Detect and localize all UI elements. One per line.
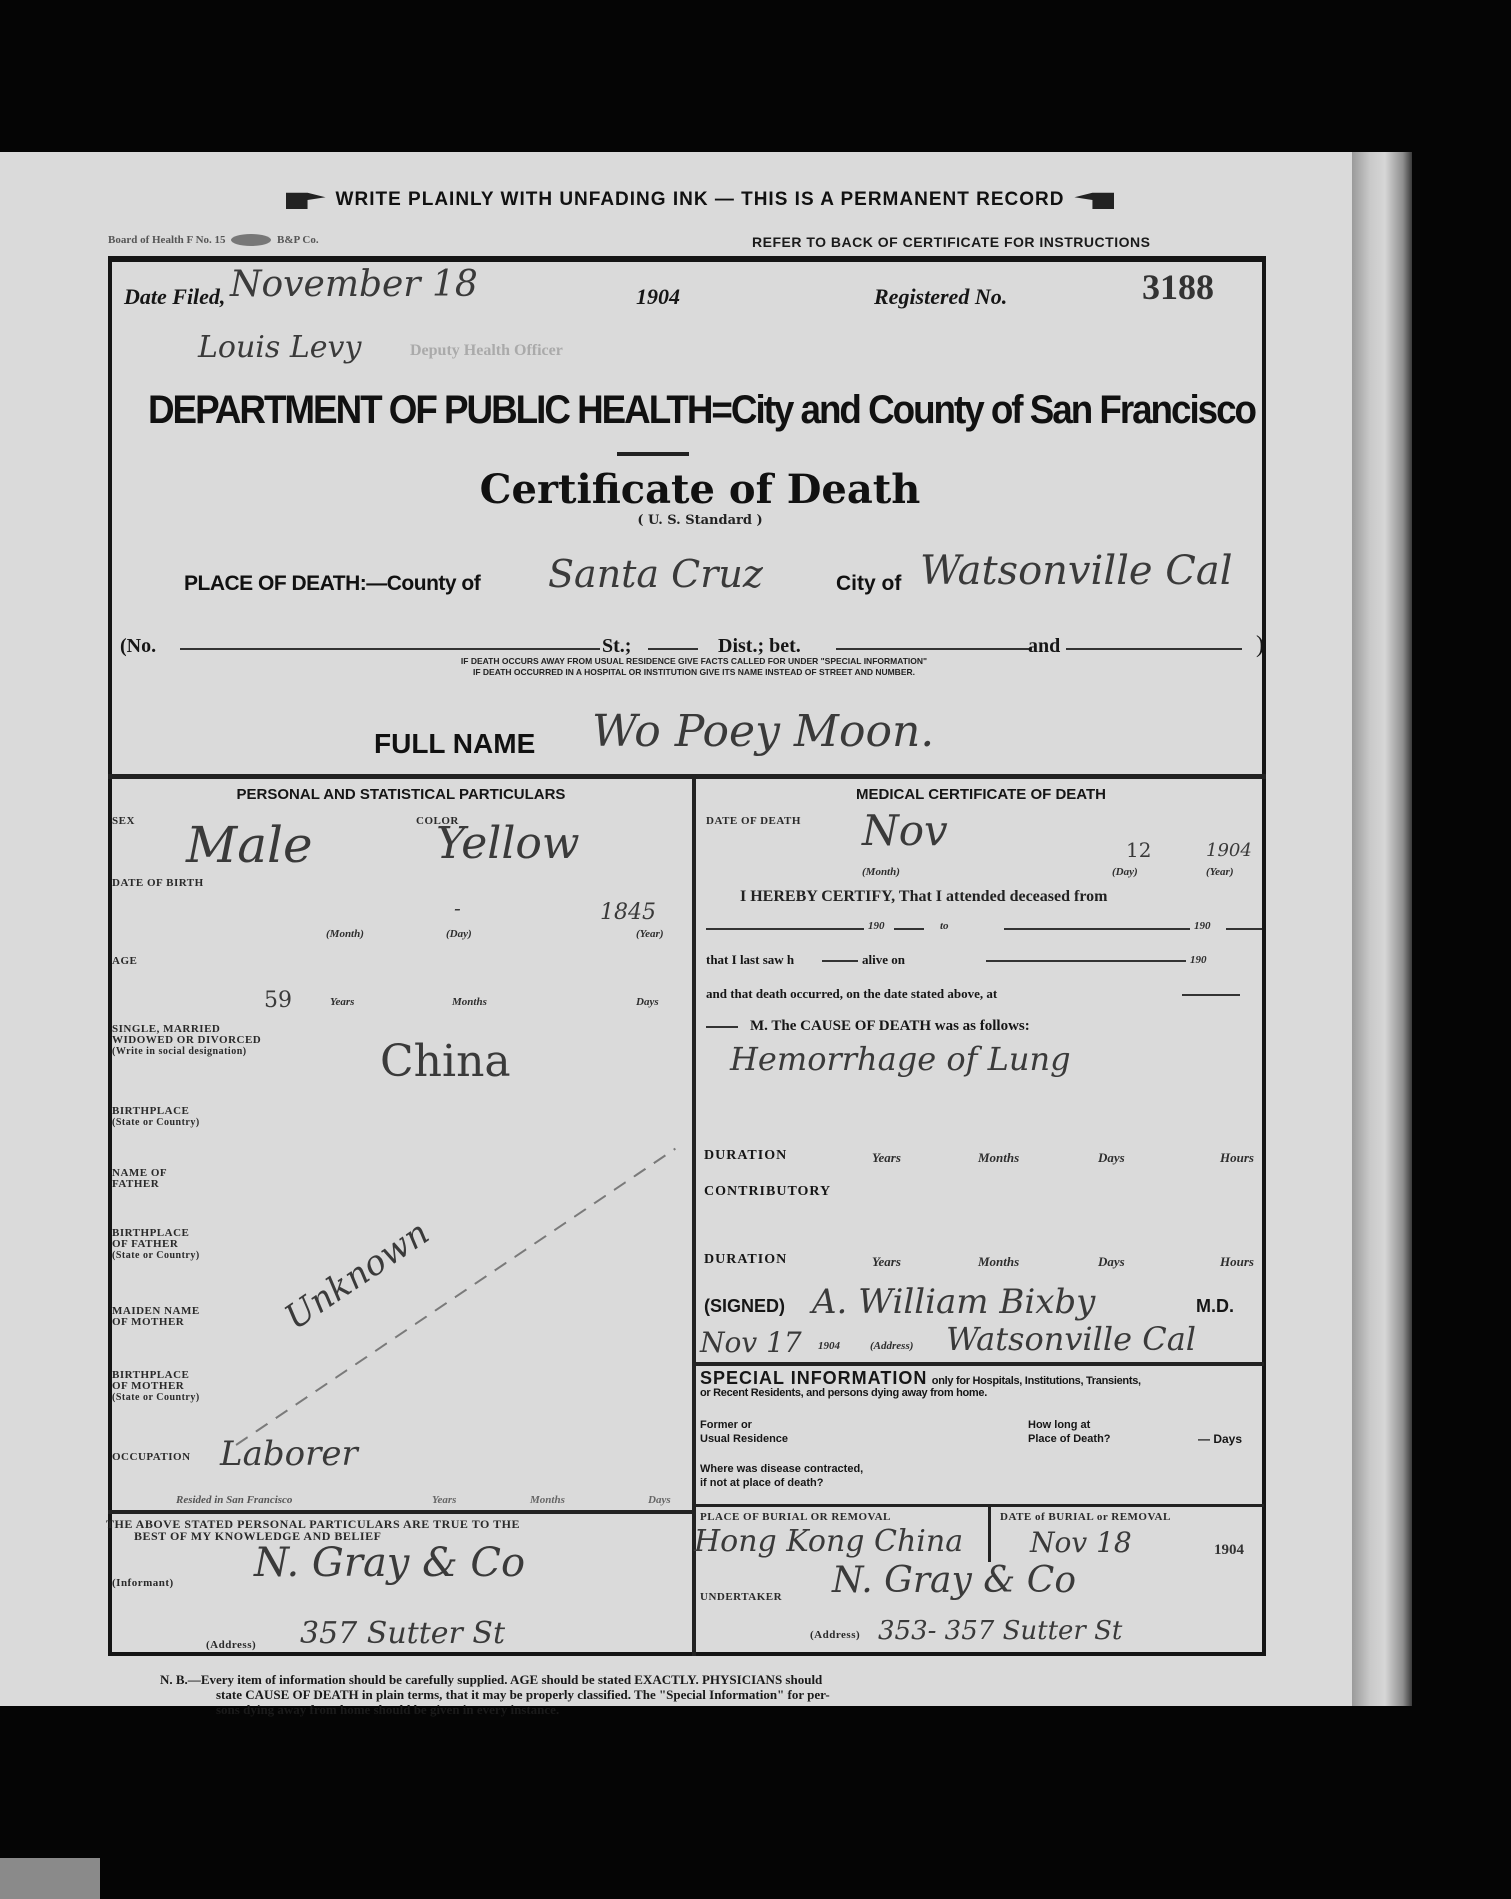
informant-address-label: (Address) <box>206 1640 256 1651</box>
signed-label: (SIGNED) <box>704 1296 785 1317</box>
attended-from-line <box>706 928 864 930</box>
disease-contracted-label: Where was disease contracted, if not at … <box>700 1462 863 1490</box>
contracted-line-2: if not at place of death? <box>700 1476 863 1490</box>
registered-no-value: 3188 <box>1142 266 1214 308</box>
death-day-label: (Day) <box>1112 866 1138 878</box>
father-birthplace-label: BIRTHPLACE OF FATHER (State or Country) <box>112 1228 200 1261</box>
duration-years-1: Years <box>872 1150 901 1166</box>
banner: WRITE PLAINLY WITH UNFADING INK — THIS I… <box>160 186 1240 214</box>
physician-address-label: (Address) <box>870 1340 913 1352</box>
color-value: Yellow <box>436 818 580 869</box>
physician-signature: A. William Bixby <box>812 1282 1095 1322</box>
resided-days-label: Days <box>648 1494 671 1506</box>
birth-day-label: (Day) <box>446 928 472 940</box>
residence-note-line-2: IF DEATH OCCURRED IN A HOSPITAL OR INSTI… <box>254 667 1134 678</box>
residence-note-line-1: IF DEATH OCCURS AWAY FROM USUAL RESIDENC… <box>254 656 1134 667</box>
medical-heading: MEDICAL CERTIFICATE OF DEATH <box>696 786 1266 803</box>
occupation-label: OCCUPATION <box>112 1452 191 1463</box>
burial-column-divider <box>988 1506 991 1562</box>
age-months-label: Months <box>452 996 487 1008</box>
date-of-death-label: DATE OF DEATH <box>706 816 801 827</box>
duration-label-1: DURATION <box>704 1148 787 1164</box>
sex-value: Male <box>186 816 313 874</box>
how-long-line-2: Place of Death? <box>1028 1432 1111 1446</box>
father-name-label-line-2: FATHER <box>112 1179 167 1190</box>
board-of-health-form-number: Board of Health F No. 15 B&P Co. <box>108 234 319 246</box>
full-name-label: FULL NAME <box>374 728 535 760</box>
officer-title: Deputy Health Officer <box>410 342 563 360</box>
age-label: AGE <box>112 956 137 967</box>
attended-to-line <box>1004 928 1190 930</box>
date-of-birth-label: DATE OF BIRTH <box>112 878 204 889</box>
cause-of-death-label: M. The CAUSE OF DEATH was as follows: <box>750 1018 1030 1035</box>
form-number-text: Board of Health F No. 15 <box>108 234 226 246</box>
certificate-subtitle: ( U. S. Standard ) <box>520 513 880 528</box>
date-of-death-year: 1904 <box>1206 840 1252 861</box>
signed-year: 1904 <box>818 1340 840 1352</box>
undertaker-address-label: (Address) <box>810 1630 860 1641</box>
footnote-prefix: N. B.— <box>160 1672 201 1687</box>
cause-hour-line <box>706 1026 738 1028</box>
burial-date-year: 1904 <box>1214 1542 1244 1559</box>
mother-birthplace-line-2: OF MOTHER <box>112 1381 200 1392</box>
md-label: M.D. <box>1196 1296 1234 1317</box>
date-filed-year: 1904 <box>636 284 680 310</box>
mother-name-line-2: OF MOTHER <box>112 1317 200 1328</box>
special-divider <box>694 1362 1264 1366</box>
father-birthplace-line-2: OF FATHER <box>112 1239 200 1250</box>
footnote-line-1: Every item of information should be care… <box>201 1672 822 1687</box>
street-number-line <box>180 648 600 650</box>
resided-years-label: Years <box>432 1494 456 1506</box>
marital-status-label: SINGLE, MARRIED WIDOWED OR DIVORCED (Wri… <box>112 1024 261 1057</box>
birthplace-label-line-1: BIRTHPLACE <box>112 1106 200 1117</box>
signed-date: Nov 17 <box>700 1326 802 1359</box>
physician-address-value: Watsonville Cal <box>946 1320 1196 1358</box>
title-divider <box>617 452 689 456</box>
attended-from-190: 190 <box>868 920 885 932</box>
informant-divider <box>108 1510 694 1514</box>
father-birthplace-line-3: (State or Country) <box>112 1250 200 1261</box>
pointing-hand-right-icon <box>286 191 326 209</box>
underlying-page-corner <box>0 1858 100 1899</box>
how-long-label: How long at Place of Death? <box>1028 1418 1111 1446</box>
birthplace-label: BIRTHPLACE (State or Country) <box>112 1106 200 1128</box>
last-saw-190: 190 <box>1190 954 1207 966</box>
duration-hours-1: Hours <box>1220 1150 1254 1166</box>
informant-address-value: 357 Sutter St <box>300 1616 505 1651</box>
age-years-label: Years <box>330 996 354 1008</box>
alive-on-label: alive on <box>862 952 905 968</box>
full-name-value: Wo Poey Moon. <box>592 706 934 757</box>
street-number-label: (No. <box>120 635 156 658</box>
marital-label-line-3: (Write in social designation) <box>112 1046 261 1057</box>
street-line <box>648 648 698 650</box>
undertaker-value: N. Gray & Co <box>832 1560 1076 1601</box>
mother-name-label: MAIDEN NAME OF MOTHER <box>112 1306 200 1328</box>
age-value: 59 <box>264 988 292 1013</box>
pointing-hand-left-icon <box>1074 191 1114 209</box>
district-line <box>836 648 1032 650</box>
street-label: St.; <box>602 635 631 658</box>
duration-days-2: Days <box>1098 1254 1125 1270</box>
death-month-label: (Month) <box>862 866 900 878</box>
duration-hours-2: Hours <box>1220 1254 1254 1270</box>
date-of-death-day: 12 <box>1126 838 1151 862</box>
mother-birthplace-label: BIRTHPLACE OF MOTHER (State or Country) <box>112 1370 200 1403</box>
printer-mark: B&P Co. <box>277 234 319 246</box>
city-label: City of <box>836 572 901 596</box>
special-information: SPECIAL INFORMATION only for Hospitals, … <box>700 1368 1260 1399</box>
undertaker-label: UNDERTAKER <box>700 1592 782 1603</box>
duration-months-2: Months <box>978 1254 1019 1270</box>
refer-instructions: REFER TO BACK OF CERTIFICATE FOR INSTRUC… <box>752 234 1150 250</box>
personal-heading: PERSONAL AND STATISTICAL PARTICULARS <box>110 786 692 803</box>
birthplace-label-line-2: (State or Country) <box>112 1117 200 1128</box>
contracted-line-1: Where was disease contracted, <box>700 1462 863 1476</box>
district-label: Dist.; bet. <box>718 635 801 658</box>
attended-end-line <box>1226 928 1262 930</box>
special-heading: SPECIAL INFORMATION <box>700 1368 927 1388</box>
birth-year-label: (Year) <box>636 928 664 940</box>
sex-label: SEX <box>112 816 135 827</box>
special-note-1: only for Hospitals, Institutions, Transi… <box>932 1375 1141 1387</box>
attended-to-label: to <box>940 920 949 932</box>
birth-month-label: (Month) <box>326 928 364 940</box>
place-of-death-city: Watsonville Cal <box>920 548 1233 594</box>
certify-line: I HEREBY CERTIFY, That I attended deceas… <box>740 888 1107 906</box>
death-occurred-line <box>1182 994 1240 996</box>
alive-on-line <box>986 960 1186 962</box>
last-saw-label: that I last saw h <box>706 952 794 968</box>
how-long-line-1: How long at <box>1028 1418 1111 1432</box>
date-of-death-month: Nov <box>862 806 948 855</box>
residence-note: IF DEATH OCCURS AWAY FROM USUAL RESIDENC… <box>254 656 1134 678</box>
contributory-label: CONTRIBUTORY <box>704 1184 831 1200</box>
death-occurred-label: and that death occurred, on the date sta… <box>706 986 997 1002</box>
section-divider-top <box>108 774 1266 779</box>
duration-label-2: DURATION <box>704 1252 787 1268</box>
footnote-line-2: state CAUSE OF DEATH in plain terms, tha… <box>160 1687 1170 1702</box>
marital-label-line-2: WIDOWED OR DIVORCED <box>112 1035 261 1046</box>
occupation-value: Laborer <box>220 1434 358 1474</box>
place-of-death-label: PLACE OF DEATH:—County of <box>184 572 480 596</box>
informant-label: (Informant) <box>112 1578 174 1589</box>
duration-days-1: Days <box>1098 1150 1125 1166</box>
informant-value: N. Gray & Co <box>254 1540 525 1586</box>
duration-years-2: Years <box>872 1254 901 1270</box>
place-of-death-county: Santa Cruz <box>548 552 763 596</box>
certificate-title: Certificate of Death <box>420 466 980 513</box>
page-binding-edge <box>1352 152 1412 1706</box>
date-filed-value: November 18 <box>230 264 478 305</box>
former-residence-label: Former or Usual Residence <box>700 1418 788 1446</box>
resided-months-label: Months <box>530 1494 565 1506</box>
former-label-line-2: Usual Residence <box>700 1432 788 1446</box>
how-long-value: — Days <box>1198 1432 1242 1446</box>
officer-signature: Louis Levy <box>198 330 361 365</box>
burial-date-label: DATE of BURIAL or REMOVAL <box>1000 1512 1171 1523</box>
department-title: DEPARTMENT OF PUBLIC HEALTH=City and Cou… <box>148 388 1160 433</box>
burial-place-label: PLACE OF BURIAL OR REMOVAL <box>700 1512 891 1523</box>
undertaker-address-value: 353- 357 Sutter St <box>878 1616 1122 1646</box>
resided-label: Resided in San Francisco <box>176 1494 292 1506</box>
former-label-line-1: Former or <box>700 1418 788 1432</box>
mother-birthplace-line-3: (State or Country) <box>112 1392 200 1403</box>
informant-statement: THE ABOVE STATED PERSONAL PARTICULARS AR… <box>106 1518 692 1542</box>
birthplace-value: China <box>380 1036 511 1087</box>
attended-to-190: 190 <box>1194 920 1211 932</box>
cause-of-death-value: Hemorrhage of Lung <box>730 1040 1071 1078</box>
birth-day-value: - <box>454 896 461 920</box>
birth-year-value: 1845 <box>600 900 656 925</box>
registered-no-label: Registered No. <box>874 284 1007 310</box>
attended-mid-line <box>894 928 924 930</box>
death-year-label: (Year) <box>1206 866 1234 878</box>
banner-text: WRITE PLAINLY WITH UNFADING INK — THIS I… <box>336 189 1065 211</box>
father-name-label: NAME OF FATHER <box>112 1168 167 1190</box>
date-filed-label: Date Filed, <box>124 284 225 310</box>
and-line <box>1066 648 1242 650</box>
burial-date-value: Nov 18 <box>1030 1526 1132 1559</box>
burial-divider <box>694 1504 1264 1507</box>
last-saw-line <box>822 960 858 962</box>
footnote: N. B.—Every item of information should b… <box>160 1672 1170 1717</box>
duration-months-1: Months <box>978 1150 1019 1166</box>
seal-icon <box>231 234 271 246</box>
burial-place-value: Hong Kong China <box>694 1524 963 1559</box>
age-days-label: Days <box>636 996 659 1008</box>
footnote-line-3: sons dying away from home should be give… <box>160 1702 1170 1717</box>
address-close-paren: ) <box>1256 632 1264 659</box>
and-label: and <box>1028 635 1060 658</box>
special-note-2: or Recent Residents, and persons dying a… <box>700 1387 1260 1399</box>
